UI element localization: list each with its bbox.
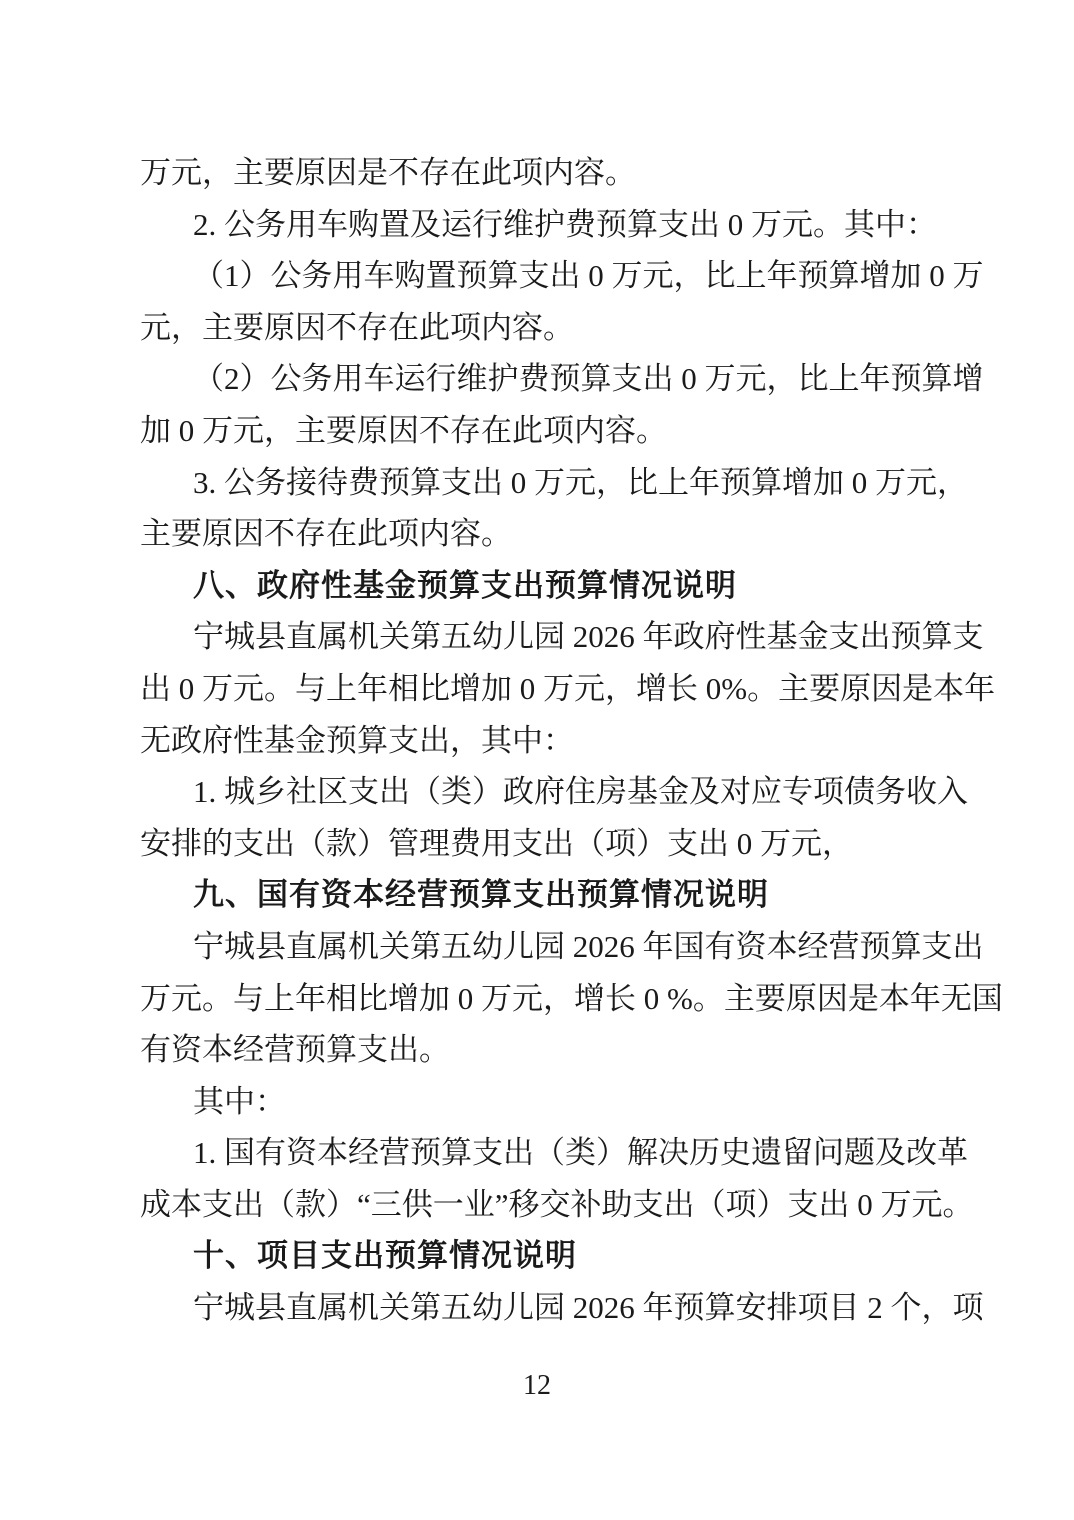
text-line: 宁城县直属机关第五幼儿园 2026 年国有资本经营预算支出 [140,921,935,973]
text-line: 宁城县直属机关第五幼儿园 2026 年预算安排项目 2 个，项 [140,1282,935,1334]
document-page: 万元，主要原因是不存在此项内容。 2. 公务用车购置及运行维护费预算支出 0 万… [0,0,1074,1520]
text-line: 元，主要原因不存在此项内容。 [140,302,935,354]
text-line: 成本支出（款）“三供一业”移交补助支出（项）支出 0 万元。 [140,1179,935,1231]
text-line: 宁城县直属机关第五幼儿园 2026 年政府性基金支出预算支 [140,611,935,663]
text-line: 主要原因不存在此项内容。 [140,508,935,560]
text-line: 安排的支出（款）管理费用支出（项）支出 0 万元， [140,818,935,870]
text-line: 3. 公务接待费预算支出 0 万元，比上年预算增加 0 万元， [140,457,935,509]
text-line: 万元，主要原因是不存在此项内容。 [140,147,935,199]
text-line: （2）公务用车运行维护费预算支出 0 万元，比上年预算增 [140,353,935,405]
section-heading-9: 九、国有资本经营预算支出预算情况说明 [140,869,935,921]
text-line: 万元。与上年相比增加 0 万元，增长 0 %。主要原因是本年无国 [140,973,935,1025]
text-line: 1. 国有资本经营预算支出（类）解决历史遗留问题及改革 [140,1127,935,1179]
text-line: 1. 城乡社区支出（类）政府住房基金及对应专项债务收入 [140,766,935,818]
page-number: 12 [0,1368,1074,1404]
text-line: 无政府性基金预算支出，其中： [140,715,935,767]
text-line: （1）公务用车购置预算支出 0 万元，比上年预算增加 0 万 [140,250,935,302]
document-body: 万元，主要原因是不存在此项内容。 2. 公务用车购置及运行维护费预算支出 0 万… [140,147,935,1334]
text-line: 其中： [140,1076,935,1128]
section-heading-8: 八、政府性基金预算支出预算情况说明 [140,560,935,612]
section-heading-10: 十、项目支出预算情况说明 [140,1230,935,1282]
text-line: 有资本经营预算支出。 [140,1024,935,1076]
text-line: 2. 公务用车购置及运行维护费预算支出 0 万元。其中： [140,199,935,251]
text-line: 加 0 万元，主要原因不存在此项内容。 [140,405,935,457]
text-line: 出 0 万元。与上年相比增加 0 万元，增长 0%。主要原因是本年 [140,663,935,715]
